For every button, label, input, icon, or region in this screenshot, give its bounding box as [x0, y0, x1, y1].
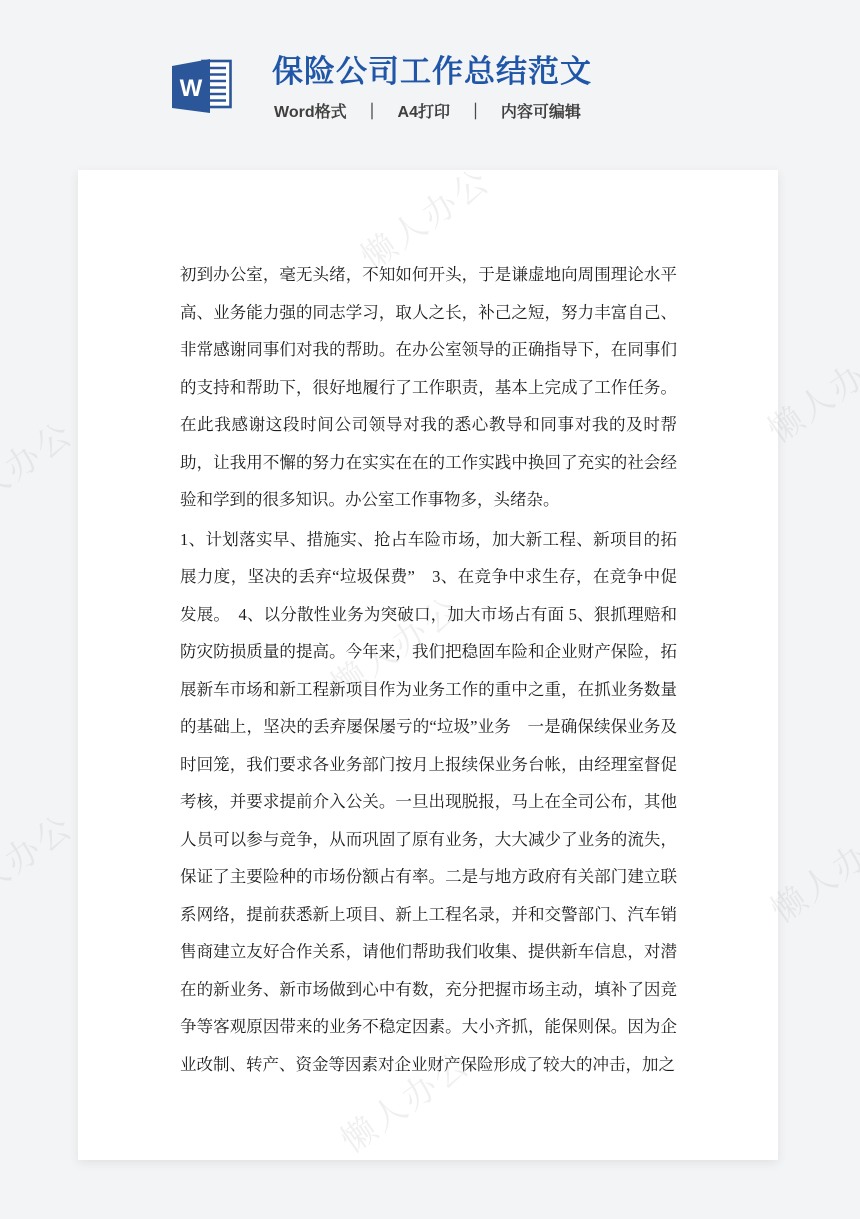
watermark: 懒人办公: [0, 800, 82, 925]
format-badge-word: Word格式: [274, 104, 347, 121]
paragraph-2: 1、计划落实早、措施实、抢占车险市场，加大新工程、新项目的拓展力度，坚决的丢弃“…: [180, 521, 677, 1084]
format-badge-editable: 内容可编辑: [501, 104, 581, 121]
word-icon-graphic: W: [172, 56, 236, 116]
separator-bar: ｜: [364, 104, 380, 121]
document-title: 保险公司工作总结范文: [272, 52, 592, 92]
format-badge-a4: A4打印: [398, 104, 450, 121]
word-icon: W: [172, 56, 236, 116]
format-info-bar: Word格式 ｜ A4打印 ｜ 内容可编辑: [274, 101, 581, 125]
document-body: 初到办公室，毫无头绪，不知如何开头，于是谦虚地向周围理论水平高、业务能力强的同志…: [78, 170, 778, 1083]
watermark: 懒人办公: [0, 407, 82, 532]
paragraph-1: 初到办公室，毫无头绪，不知如何开头，于是谦虚地向周围理论水平高、业务能力强的同志…: [180, 256, 677, 519]
page-background: W 保险公司工作总结范文 Word格式 ｜ A4打印 ｜ 内容可编辑 初到办公室…: [0, 0, 860, 1219]
word-icon-letter: W: [180, 75, 203, 102]
separator-bar: ｜: [467, 104, 483, 121]
document-page: 初到办公室，毫无头绪，不知如何开头，于是谦虚地向周围理论水平高、业务能力强的同志…: [78, 170, 778, 1160]
document-header: W 保险公司工作总结范文 Word格式 ｜ A4打印 ｜ 内容可编辑: [0, 0, 860, 170]
